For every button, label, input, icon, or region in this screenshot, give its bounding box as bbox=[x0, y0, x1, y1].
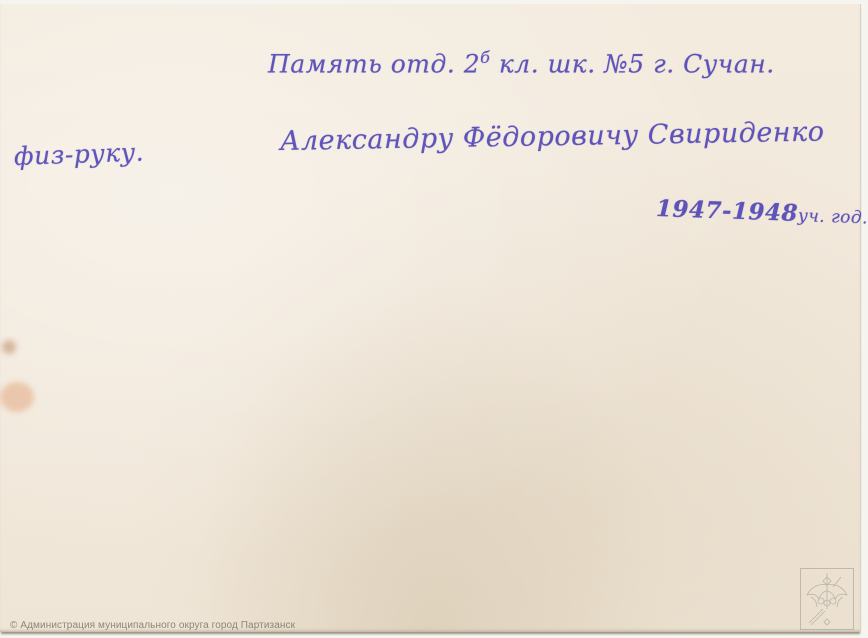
year-suffix: уч. год. bbox=[798, 206, 868, 228]
years-text: 1947-1948 bbox=[656, 195, 799, 227]
copyright-watermark: © Администрация муниципального округа го… bbox=[10, 620, 295, 631]
handwritten-school-year: 1947-1948уч. год. bbox=[656, 195, 868, 229]
handwritten-role-label: физ-руку. bbox=[13, 137, 144, 171]
coat-of-arms-svg bbox=[801, 569, 853, 629]
handwritten-recipient-name: Александру Фёдоровичу Свириденко bbox=[280, 116, 825, 156]
photo-card-back: Память отд. 2б кл. шк. №5 г. Сучан. физ-… bbox=[0, 4, 861, 632]
paper-stain bbox=[0, 382, 34, 412]
school-text: кл. шк. №5 г. Сучан. bbox=[490, 49, 774, 78]
handwritten-dedication-line: Память отд. 2б кл. шк. №5 г. Сучан. bbox=[268, 48, 775, 78]
city-coat-of-arms-icon bbox=[800, 568, 854, 630]
paper-stain bbox=[2, 340, 16, 354]
dedication-text: Память отд. 2 bbox=[268, 49, 480, 78]
class-letter: б bbox=[480, 48, 490, 67]
